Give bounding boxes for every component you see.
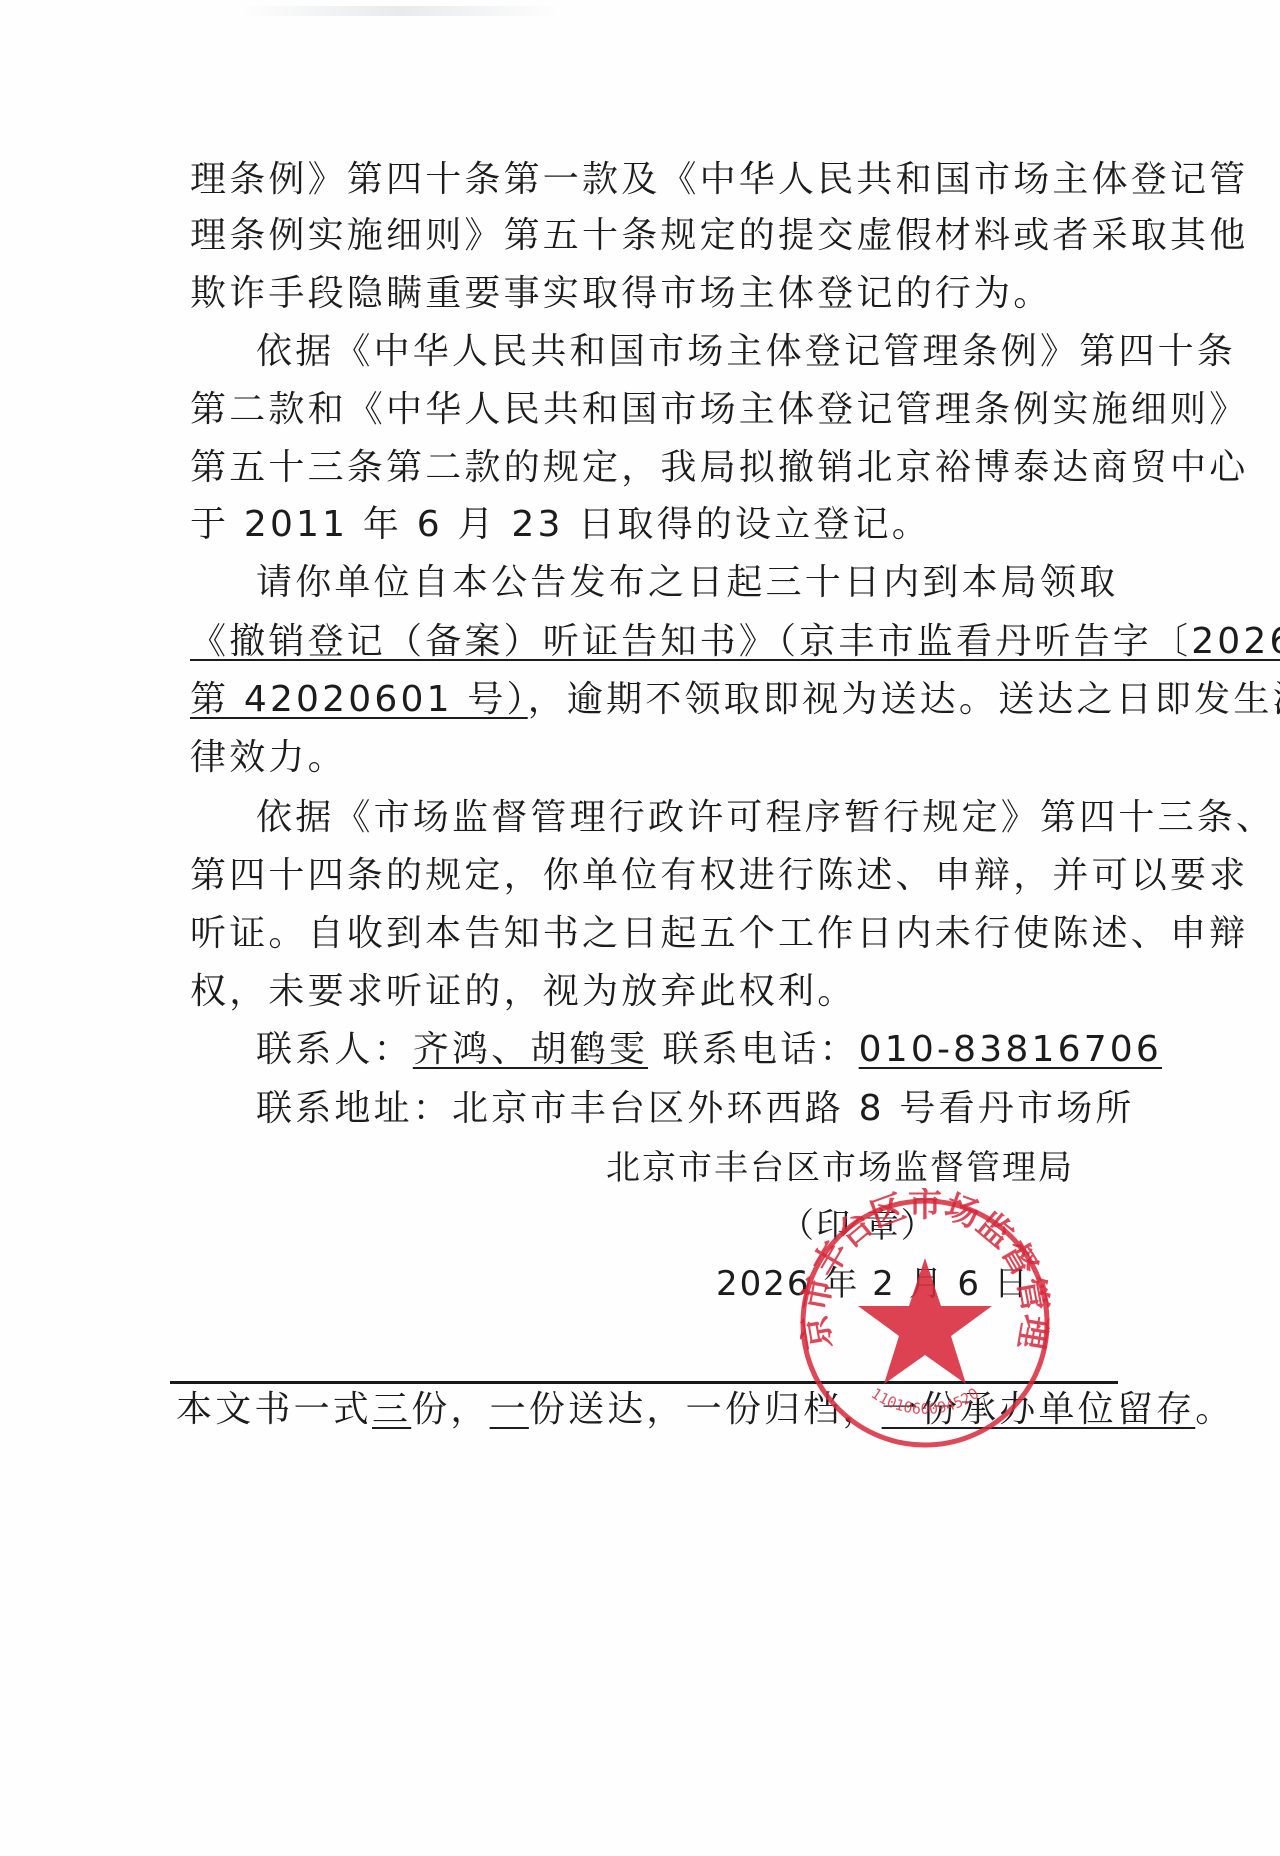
footer-divider bbox=[170, 1381, 1118, 1384]
contact-address-value: 北京市丰台区外环西路 8 号看丹市场所 bbox=[452, 1088, 1135, 1129]
body-line: 理条例实施细则》第五十条规定的提交虚假材料或者采取其他 bbox=[190, 214, 1248, 258]
body-line: 听证。自收到本告知书之日起五个工作日内未行使陈述、申辩 bbox=[190, 912, 1248, 956]
issuer-name: 北京市丰台区市场监督管理局 bbox=[606, 1146, 1074, 1190]
body-line: 第五十三条第二款的规定，我局拟撤销北京裕博泰达商贸中心 bbox=[190, 446, 1248, 490]
body-line: 第四十四条的规定，你单位有权进行陈述、申辩，并可以要求 bbox=[190, 854, 1248, 898]
contact-address-label: 联系地址： bbox=[256, 1088, 452, 1129]
scan-artifact bbox=[240, 6, 560, 16]
address-line: 联系地址：北京市丰台区外环西路 8 号看丹市场所 bbox=[256, 1087, 1135, 1131]
contact-person-label: 联系人： bbox=[256, 1029, 413, 1070]
body-line: 理条例》第四十条第一款及《中华人民共和国市场主体登记管 bbox=[190, 158, 1248, 202]
contact-person-value: 齐鸿、胡鹤雯 bbox=[413, 1029, 648, 1070]
contact-line: 联系人：齐鸿、胡鹤雯 联系电话：010-83816706 bbox=[256, 1028, 1162, 1072]
footer-copies: 三 bbox=[372, 1389, 411, 1430]
notice-title-line: 《撤销登记（备案）听证告知书》（京丰市监看丹听告字〔2026〕 bbox=[190, 620, 1280, 664]
hearing-notice-reference: 《撤销登记（备案）听证告知书》（京丰市监看丹听告字〔2026〕 bbox=[190, 621, 1280, 662]
contact-phone-label: 联系电话： bbox=[648, 1029, 859, 1070]
footer-retain: 一份承办单位留存 bbox=[882, 1389, 1196, 1430]
footer-text: 。 bbox=[1195, 1389, 1234, 1430]
body-line: 依据《市场监督管理行政许可程序暂行规定》第四十三条、 bbox=[256, 796, 1275, 840]
notice-number-line: 第 42020601 号），逾期不领取即视为送达。送达之日即发生法 bbox=[190, 678, 1280, 722]
footer-one: 一 bbox=[490, 1389, 529, 1430]
contact-phone-value: 010-83816706 bbox=[859, 1029, 1162, 1070]
document-page: 理条例》第四十条第一款及《中华人民共和国市场主体登记管 理条例实施细则》第五十条… bbox=[0, 0, 1280, 1856]
footer-line: 本文书一式三份，一份送达，一份归档，一份承办单位留存。 bbox=[176, 1388, 1234, 1432]
body-line: 欺诈手段隐瞒重要事实取得市场主体登记的行为。 bbox=[190, 272, 1052, 316]
body-text: ，逾期不领取即视为送达。送达之日即发生法 bbox=[528, 679, 1280, 720]
body-line: 请你单位自本公告发布之日起三十日内到本局领取 bbox=[256, 561, 1118, 605]
seal-label: （印 章） bbox=[780, 1204, 937, 1248]
footer-text: 份， bbox=[411, 1389, 489, 1430]
body-line: 律效力。 bbox=[190, 736, 347, 780]
body-line: 第二款和《中华人民共和国市场主体登记管理条例实施细则》 bbox=[190, 388, 1248, 432]
footer-text: 本文书一式 bbox=[176, 1389, 372, 1430]
body-line: 依据《中华人民共和国市场主体登记管理条例》第四十条 bbox=[256, 330, 1236, 374]
body-line: 权，未要求听证的，视为放弃此权利。 bbox=[190, 970, 856, 1014]
hearing-notice-number: 第 42020601 号） bbox=[190, 679, 528, 720]
body-line: 于 2011 年 6 月 23 日取得的设立登记。 bbox=[190, 503, 931, 547]
footer-text: 份送达，一份归档， bbox=[529, 1389, 882, 1430]
issue-date: 2026 年 2 月 6 日 bbox=[716, 1262, 1030, 1306]
